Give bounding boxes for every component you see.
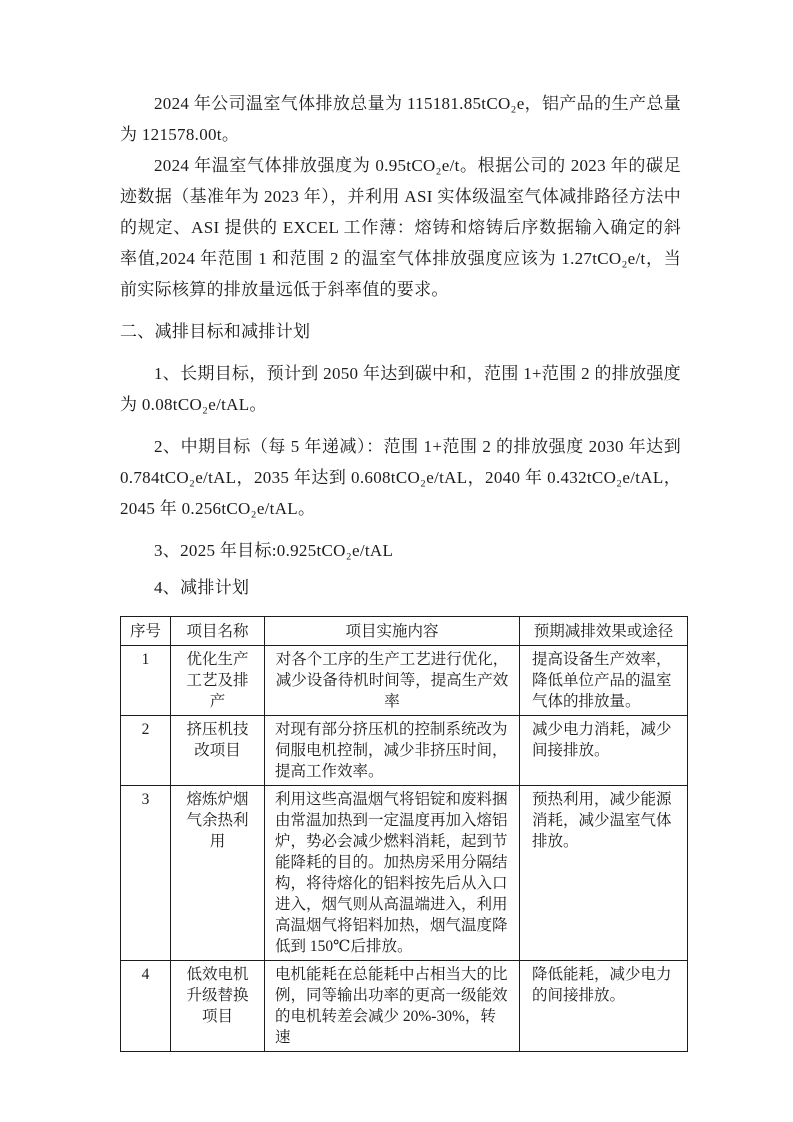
col-header-implementation: 项目实施内容 xyxy=(265,617,520,646)
section-heading-targets: 二、减排目标和减排计划 xyxy=(120,316,681,347)
plan-heading: 4、减排计划 xyxy=(120,572,681,603)
cell-expected-effect: 减少电力消耗，减少间接排放。 xyxy=(520,716,688,786)
cell-implementation: 对各个工序的生产工艺进行优化，减少设备待机时间等，提高生产效率 xyxy=(265,646,520,716)
cell-project-name: 熔炼炉烟气余热利用 xyxy=(171,786,265,961)
table-row: 3 熔炼炉烟气余热利用 利用这些高温烟气将铝锭和废料捆由常温加热到一定温度再加入… xyxy=(121,786,688,961)
col-header-project-name: 项目名称 xyxy=(171,617,265,646)
cell-implementation: 利用这些高温烟气将铝锭和废料捆由常温加热到一定温度再加入熔铝炉，势必会减少燃料消… xyxy=(265,786,520,961)
goal-2025: 3、2025 年目标:0.925tCO₂e/tAL xyxy=(120,535,681,566)
cell-implementation: 电机能耗在总能耗中占相当大的比例，同等输出功率的更高一级能效的电机转差会减少 2… xyxy=(265,961,520,1052)
cell-expected-effect: 提高设备生产效率，降低单位产品的温室气体的排放量。 xyxy=(520,646,688,716)
table-row: 2 挤压机技改项目 对现有部分挤压机的控制系统改为伺服电机控制，减少非挤压时间，… xyxy=(121,716,688,786)
col-header-expected-effect: 预期减排效果或途径 xyxy=(520,617,688,646)
cell-expected-effect: 预热利用，减少能源消耗，减少温室气体排放。 xyxy=(520,786,688,961)
table-row: 4 低效电机升级替换项目 电机能耗在总能耗中占相当大的比例，同等输出功率的更高一… xyxy=(121,961,688,1052)
cell-serial: 4 xyxy=(121,961,171,1052)
table-header-row: 序号 项目名称 项目实施内容 预期减排效果或途径 xyxy=(121,617,688,646)
reduction-plan-table: 序号 项目名称 项目实施内容 预期减排效果或途径 1 优化生产工艺及排产 对各个… xyxy=(120,616,688,1052)
cell-expected-effect: 降低能耗，减少电力的间接排放。 xyxy=(520,961,688,1052)
cell-serial: 2 xyxy=(121,716,171,786)
cell-serial: 3 xyxy=(121,786,171,961)
cell-serial: 1 xyxy=(121,646,171,716)
paragraph-emissions-intensity: 2024 年温室气体排放强度为 0.95tCO₂e/t。根据公司的 2023 年… xyxy=(120,150,681,305)
cell-project-name: 优化生产工艺及排产 xyxy=(171,646,265,716)
table-row: 1 优化生产工艺及排产 对各个工序的生产工艺进行优化，减少设备待机时间等，提高生… xyxy=(121,646,688,716)
goal-long-term: 1、长期目标，预计到 2050 年达到碳中和，范围 1+范围 2 的排放强度为 … xyxy=(120,358,681,420)
cell-project-name: 低效电机升级替换项目 xyxy=(171,961,265,1052)
paragraph-emissions-total: 2024 年公司温室气体排放总量为 115181.85tCO₂e，铝产品的生产总… xyxy=(120,88,681,150)
cell-project-name: 挤压机技改项目 xyxy=(171,716,265,786)
col-header-serial: 序号 xyxy=(121,617,171,646)
document-page: 2024 年公司温室气体排放总量为 115181.85tCO₂e，铝产品的生产总… xyxy=(0,0,793,1122)
cell-implementation: 对现有部分挤压机的控制系统改为伺服电机控制，减少非挤压时间，提高工作效率。 xyxy=(265,716,520,786)
goal-mid-term: 2、中期目标（每 5 年递减）：范围 1+范围 2 的排放强度 2030 年达到… xyxy=(120,431,681,524)
